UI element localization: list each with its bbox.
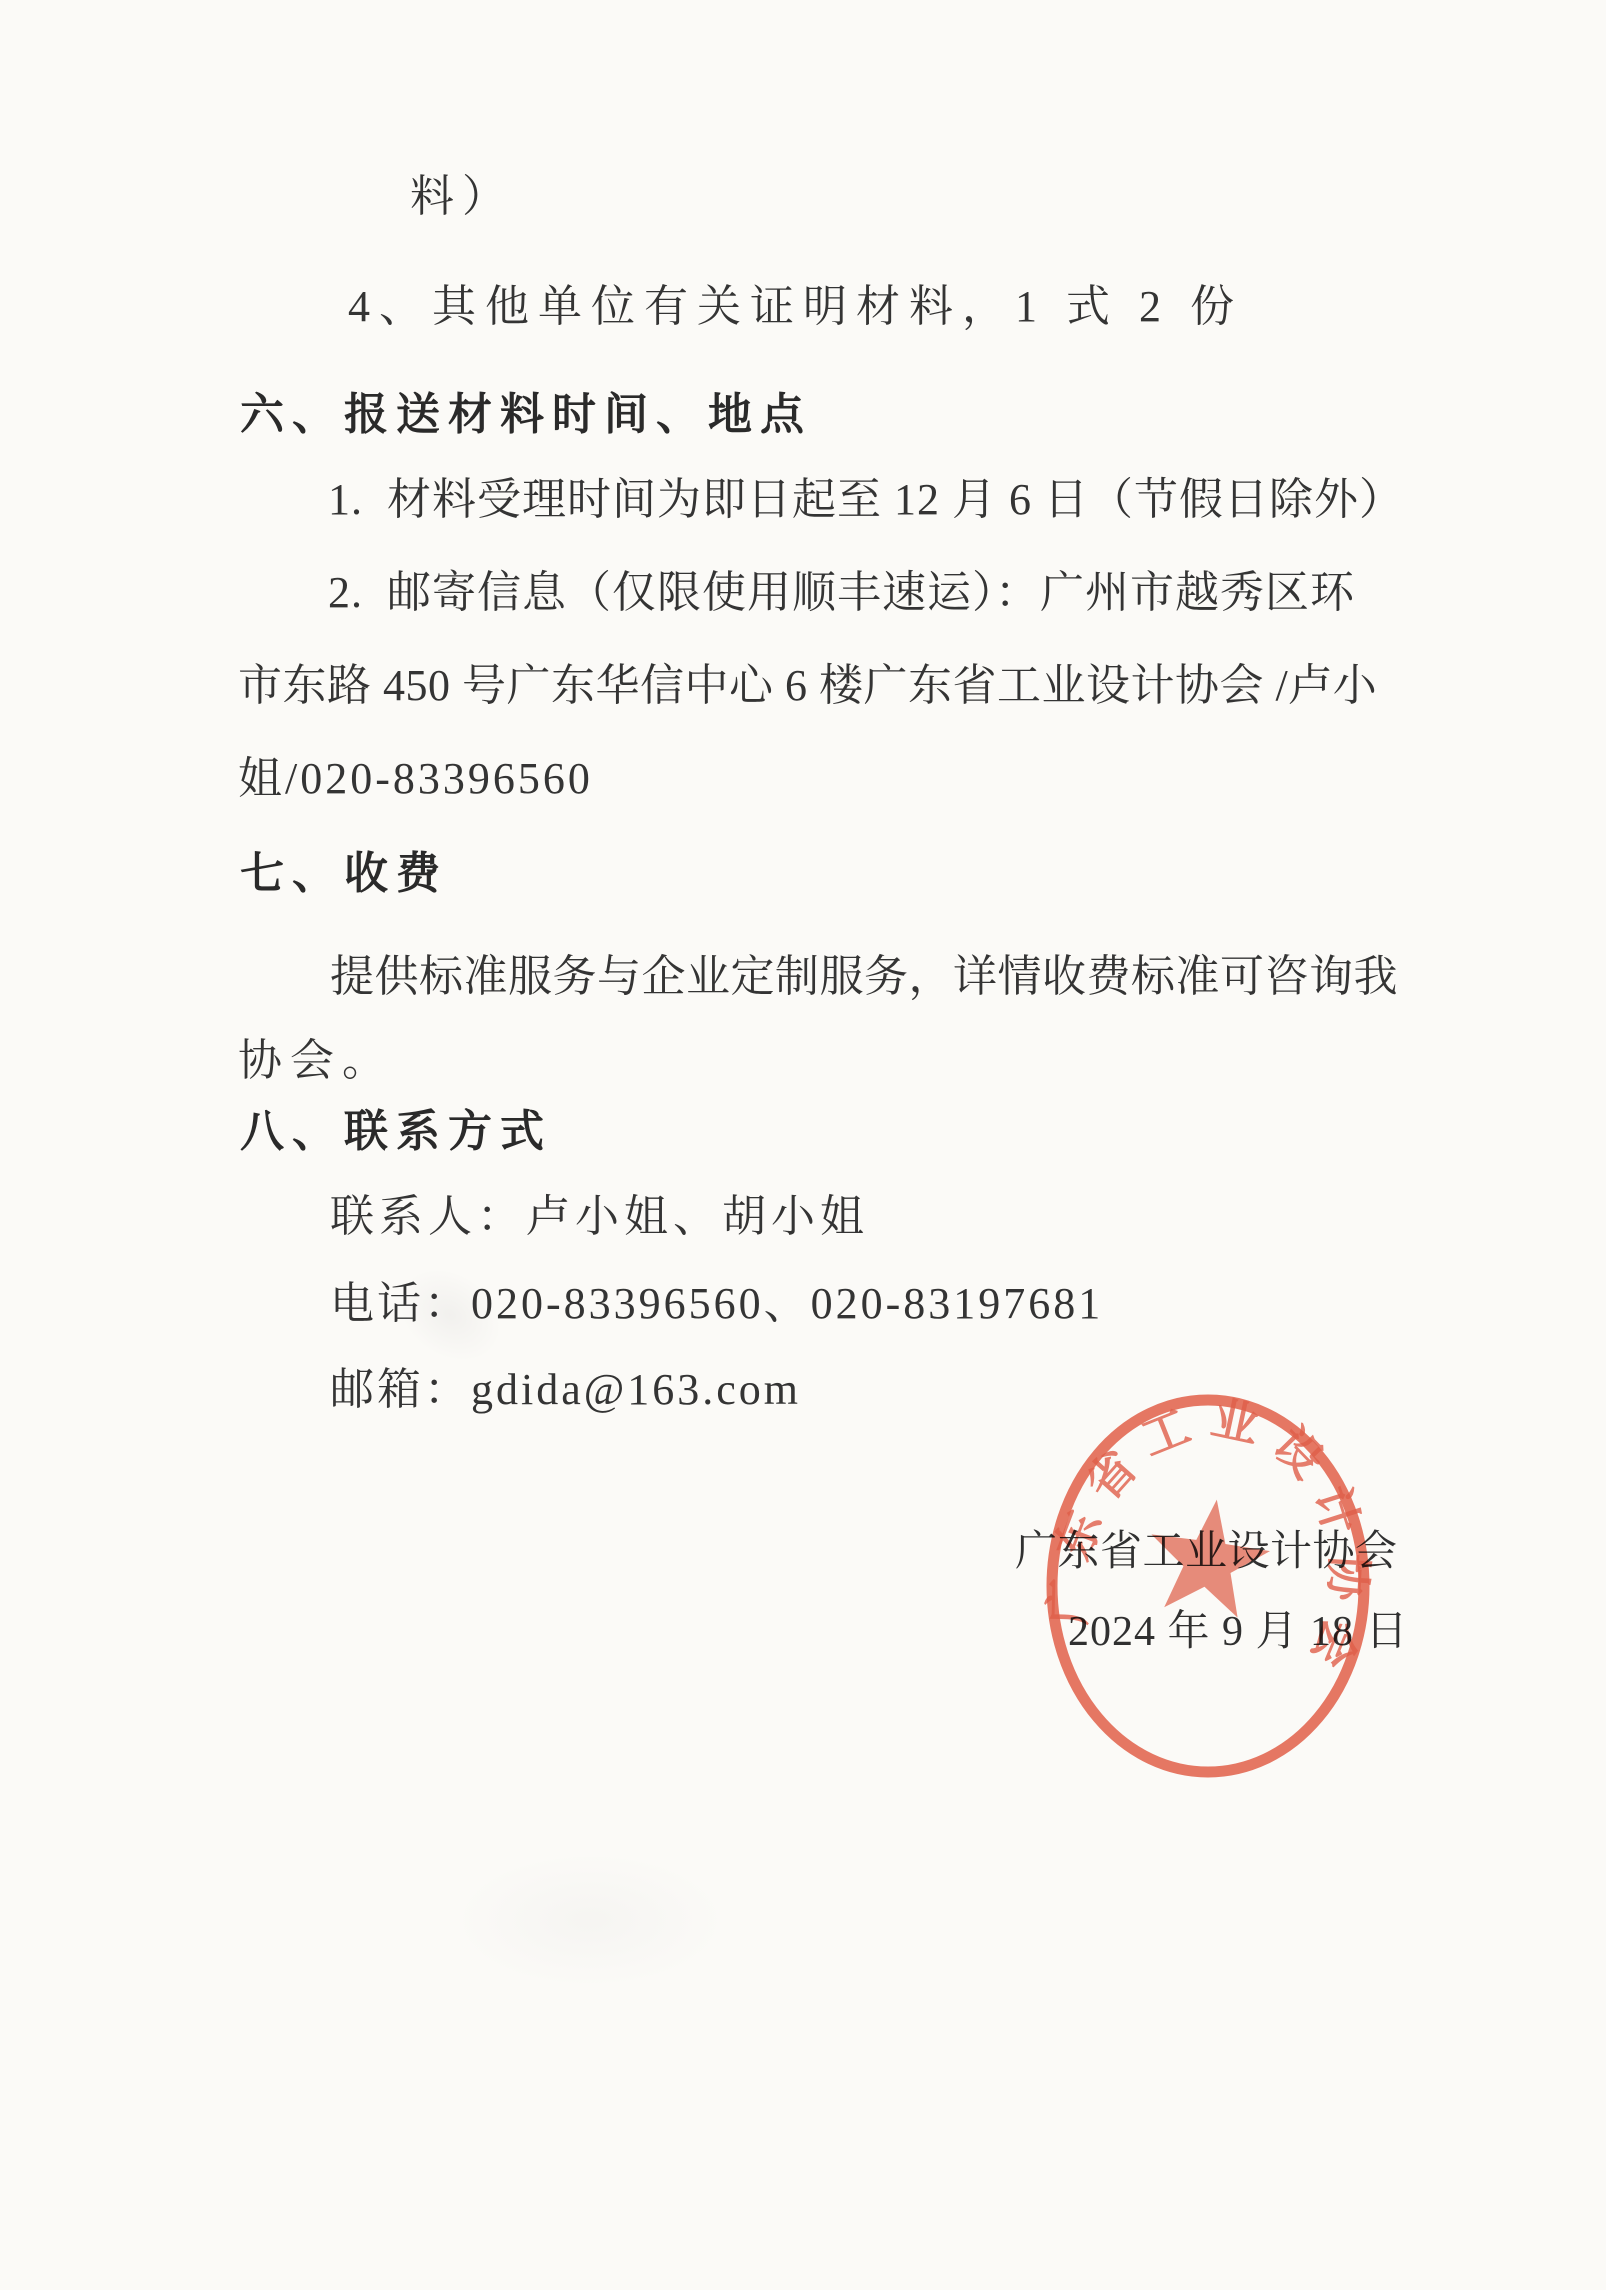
heading-section-6-submission-time-location: 六、报送材料时间、地点 xyxy=(240,391,812,439)
scan-smudge xyxy=(430,1840,750,2000)
line-item-4-other-materials: 4、其他单位有关证明材料，1 式 2 份 xyxy=(348,283,1243,331)
scanned-document-page: 料） 4、其他单位有关证明材料，1 式 2 份 六、报送材料时间、地点 1. 材… xyxy=(0,0,1606,2290)
line-contact-person: 联系人：卢小姐、胡小姐 xyxy=(330,1193,869,1241)
star-icon xyxy=(1151,1500,1270,1618)
line-item-2-mailing-info: 2. 邮寄信息（仅限使用顺丰速运）：广州市越秀区环 xyxy=(328,569,1355,617)
official-seal-stamp: 广东省工业设计协会 xyxy=(1043,1392,1373,1780)
heading-section-7-fees: 七、收费 xyxy=(240,850,448,898)
line-mailing-phone-continuation: 姐/020-83396560 xyxy=(238,755,593,803)
line-contact-email: 邮箱：gdida@163.com xyxy=(330,1366,801,1414)
line-parenthesis-end: 料） xyxy=(410,173,514,221)
line-contact-phone: 电话：020-83396560、020-83197681 xyxy=(330,1280,1103,1328)
heading-section-8-contact: 八、联系方式 xyxy=(240,1108,552,1156)
line-item-1-acceptance-time: 1. 材料受理时间为即日起至 12 月 6 日（节假日除外） xyxy=(328,476,1404,524)
line-fees-description: 提供标准服务与企业定制服务，详情收费标准可咨询我 xyxy=(330,953,1398,1001)
line-fees-description-continuation: 协会。 xyxy=(238,1037,394,1085)
line-mailing-address-continuation: 市东路 450 号广东华信中心 6 楼广东省工业设计协会 /卢小 xyxy=(238,662,1377,710)
